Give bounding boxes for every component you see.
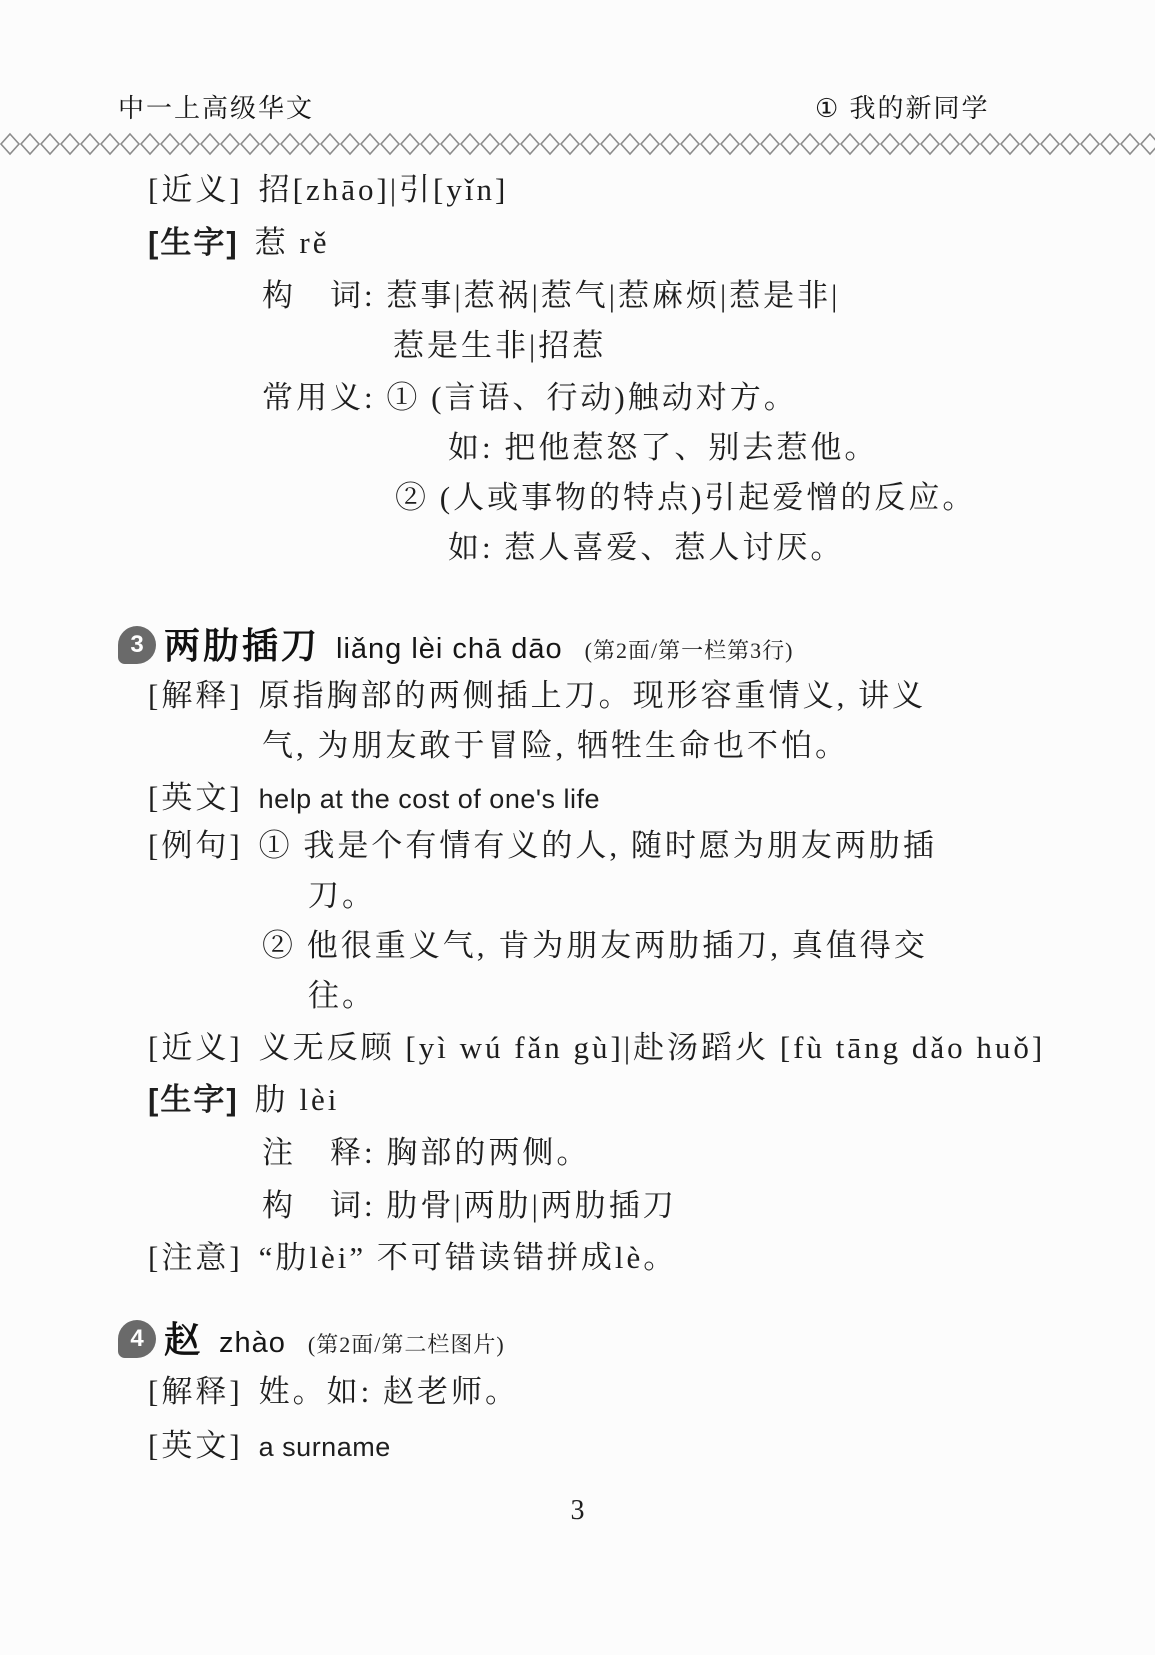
caution-line: [注意]“肋lèi” 不可错读错拼成lè。 xyxy=(148,1238,677,1278)
field-label: [生字] xyxy=(148,225,239,260)
field-text: 招[zhāo]|引[yǐn] xyxy=(259,172,509,207)
new-word-line: [生字]惹 rě xyxy=(148,223,330,263)
entry-pinyin: liǎng lèi chā dāo xyxy=(336,633,563,665)
english-line: [英文]a surname xyxy=(148,1426,391,1467)
field-text: help at the cost of one's life xyxy=(259,784,600,814)
example-sentence-line: ② 他很重义气, 肯为朋友两肋插刀, 真值得交 xyxy=(262,926,928,966)
diamond-border xyxy=(0,130,1155,158)
field-label: [例句] xyxy=(148,828,243,863)
entry-pinyin: zhào xyxy=(219,1327,286,1359)
field-text: 义无反顾 [yì wú fǎn gù]|赴汤蹈火 [fù tāng dǎo hu… xyxy=(259,1030,1046,1065)
field-label: [解释] xyxy=(148,678,243,713)
field-label: [生字] xyxy=(148,1082,239,1117)
annotation-line: 注 释: 胸部的两侧。 xyxy=(262,1133,590,1173)
page-number: 3 xyxy=(0,1495,1155,1527)
field-label: [英文] xyxy=(148,780,243,815)
new-word-line: [生字]肋 lèi xyxy=(148,1080,339,1120)
field-text: 肋 lèi xyxy=(255,1082,340,1117)
entry-number-badge: 4 xyxy=(118,1320,156,1358)
example-line: 如: 惹人喜爱、惹人讨厌。 xyxy=(448,528,844,568)
field-label: [近义] xyxy=(148,1030,243,1065)
header-chapter-title: ① 我的新同学 xyxy=(815,92,990,124)
entry-headword: 两肋插刀 xyxy=(164,625,320,666)
entry-source-note: (第2面/第二栏图片) xyxy=(308,1332,505,1357)
example-sentence-continuation: 往。 xyxy=(308,976,376,1016)
word-building-continuation: 惹是生非|招惹 xyxy=(393,326,606,366)
field-text: 惹 rě xyxy=(255,225,330,260)
entry-3-header: 3两肋插刀liǎng lèi chā dāo(第2面/第一栏第3行) xyxy=(118,618,793,669)
field-label: [注意] xyxy=(148,1240,243,1275)
common-meaning-line: 常用义: ① (言语、行动)触动对方。 xyxy=(262,378,798,418)
word-building-line: 构 词: 惹事|惹祸|惹气|惹麻烦|惹是非| xyxy=(262,276,840,316)
field-label: [解释] xyxy=(148,1374,243,1409)
entry-number-badge: 3 xyxy=(118,626,156,664)
field-text: a surname xyxy=(259,1432,391,1462)
synonym-line: [近义]义无反顾 [yì wú fǎn gù]|赴汤蹈火 [fù tāng dǎ… xyxy=(148,1028,1045,1068)
example-sentence-line: [例句]① 我是个有情有义的人, 随时愿为朋友两肋插 xyxy=(148,826,937,866)
explanation-line: [解释]原指胸部的两侧插上刀。现形容重情义, 讲义 xyxy=(148,676,926,716)
entry-source-note: (第2面/第一栏第3行) xyxy=(585,638,794,663)
entry-4-header: 4赵zhào(第2面/第二栏图片) xyxy=(118,1312,505,1363)
field-text: 姓。如: 赵老师。 xyxy=(259,1374,519,1409)
entry-headword: 赵 xyxy=(164,1319,203,1360)
header-book-title: 中一上高级华文 xyxy=(118,92,314,124)
english-line: [英文]help at the cost of one's life xyxy=(148,778,600,819)
synonym-line: [近义]招[zhāo]|引[yǐn] xyxy=(148,170,508,210)
word-building-line: 构 词: 肋骨|两肋|两肋插刀 xyxy=(262,1186,677,1226)
field-text: 原指胸部的两侧插上刀。现形容重情义, 讲义 xyxy=(259,678,927,713)
explanation-line: [解释]姓。如: 赵老师。 xyxy=(148,1372,519,1412)
example-sentence-continuation: 刀。 xyxy=(308,876,376,916)
field-label: [英文] xyxy=(148,1428,243,1463)
textbook-page: 中一上高级华文 ① 我的新同学 [近义]招[zhāo]|引[yǐn] [生字]惹… xyxy=(0,0,1155,1655)
example-line: 如: 把他惹怒了、别去惹他。 xyxy=(448,428,878,468)
explanation-continuation: 气, 为朋友敢于冒险, 牺牲生命也不怕。 xyxy=(262,726,849,766)
field-text: “肋lèi” 不可错读错拼成lè。 xyxy=(259,1240,678,1275)
common-meaning-line: ② (人或事物的特点)引起爱憎的反应。 xyxy=(395,478,976,518)
field-label: [近义] xyxy=(148,172,243,207)
field-text: ① 我是个有情有义的人, 随时愿为朋友两肋插 xyxy=(259,828,937,863)
